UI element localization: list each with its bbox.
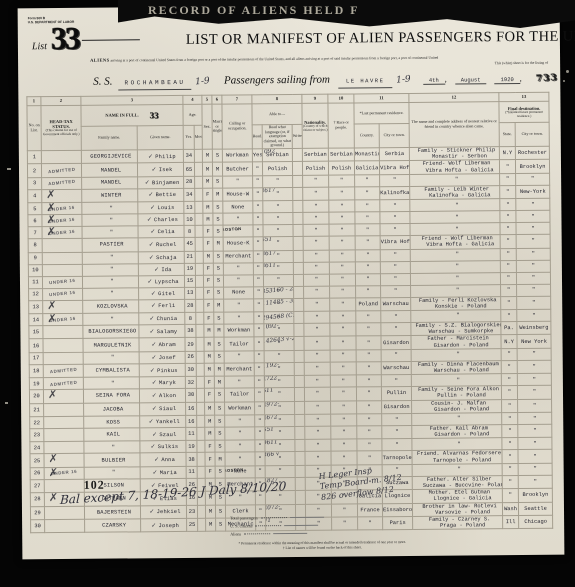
header-yrs: Yrs. [183, 125, 194, 149]
cell-nearest-relative: Family - Ferli KozlovskaKonskie - Poland [411, 296, 501, 310]
cell-headtax-status [42, 252, 82, 264]
cell-read: " [255, 401, 265, 414]
cell-given-name: ✓Ida [138, 263, 184, 275]
relative-line1: " [414, 176, 499, 183]
cell-family-name: " [82, 214, 138, 226]
cell-nearest-relative: Family - S.Z. BialogorskiegoWarschau - S… [411, 322, 501, 336]
cell-write [294, 286, 304, 298]
cell-line-number: 8 [28, 239, 42, 253]
pen-check-mark: ✓ [149, 315, 154, 322]
cell-occupation: Merchant [223, 250, 253, 262]
cell-read: " [253, 176, 263, 188]
cell-language: "√ 0611 [265, 440, 295, 452]
cell-given-name: ✓Szaul [140, 427, 186, 441]
cell-headtax-status: UNDER 16 [43, 288, 83, 300]
cell-read: " [255, 427, 265, 440]
pen-check-mark: ✓ [149, 254, 154, 261]
cell-race: " [329, 250, 355, 262]
cell-residence-country: France [357, 503, 382, 517]
occupation-text: House-W [226, 191, 249, 197]
header-age: Age. [183, 104, 202, 125]
cell-age-years: 16 [186, 402, 197, 416]
cell-write [294, 337, 304, 350]
cell-nationality: " [304, 350, 330, 362]
cell-married-single: S [216, 518, 226, 531]
occupation-text: Workman [226, 153, 249, 159]
cell-age-months [196, 351, 204, 363]
cell-nearest-relative: Cousin- J. MalfanGisardon - Poland [412, 399, 502, 413]
cell-sex: F [205, 453, 215, 466]
pen-x-mark: ✗ [48, 390, 57, 402]
list-underline [82, 39, 140, 41]
cell-family-name: " [83, 352, 139, 364]
cell-nationality: " [303, 236, 329, 250]
cell-nationality: " [305, 414, 331, 426]
cell-residence-country: " [355, 175, 380, 187]
given-name-text: Salamy [157, 329, 178, 335]
relative-line1: " [414, 214, 499, 221]
cell-family-name: BIALOGORSKIEGO [83, 325, 139, 339]
cell-married-single: S [214, 388, 224, 401]
cell-headtax-status: ADMITTED [41, 164, 81, 178]
pen-check-mark: ✓ [147, 216, 152, 223]
cell-nearest-relative: " [411, 374, 501, 387]
cell-write [294, 350, 304, 362]
occupation-text: Workman [228, 328, 251, 334]
occupation-text: Merchant [226, 366, 252, 372]
cell-write [294, 362, 304, 375]
cell-destination-city: " [517, 348, 551, 360]
film-speck [566, 70, 569, 73]
occupation-text: " [238, 418, 241, 424]
cell-write [293, 250, 303, 262]
cell-residence-city: Warschau [381, 361, 411, 375]
cell-line-number: 21 [30, 403, 44, 417]
cell-residence-city: " [382, 413, 412, 425]
language-text: " [277, 240, 280, 246]
pen-check-mark: ✓ [151, 341, 156, 348]
cell-headtax-status: UNDER 16✗ [42, 227, 82, 239]
cell-residence-country: " [355, 224, 380, 236]
cell-married-single: S [212, 149, 222, 162]
cell-race: " [331, 439, 357, 451]
cell-language: "√ 3611 [263, 262, 293, 274]
cell-destination-state: " [502, 450, 518, 464]
header-headtax: HEAD-TAX STATUS. (This column for use of… [41, 105, 81, 150]
relative-line1: " [416, 377, 501, 384]
pen-check-mark: ✓ [152, 469, 157, 476]
relative-line1: " [415, 263, 500, 270]
cell-married-single: S [215, 427, 225, 440]
cell-line-number: 3 [28, 177, 42, 189]
cell-given-name: ✓Maria [140, 466, 186, 478]
cell-headtax-status [45, 519, 85, 533]
cell-residence-country: " [357, 414, 382, 426]
cell-residence-country: Galicia [355, 161, 380, 175]
column-header-row: No. on List. HEAD-TAX STATUS. (This colu… [27, 101, 549, 127]
pen-check-mark: ✓ [150, 367, 155, 374]
cell-nearest-relative: " [412, 438, 502, 451]
cell-destination-state: " [501, 360, 517, 374]
cell-destination-city: " [517, 309, 551, 321]
occupation-text: " [238, 379, 241, 385]
cell-line-number: 30 [31, 520, 45, 534]
cell-destination-state: N.Y [499, 147, 515, 161]
header-read: Read. [252, 125, 262, 149]
cell-nationality: " [303, 250, 329, 262]
cell-destination-city: Chicago [519, 515, 553, 529]
cell-age-months [196, 287, 204, 299]
cell-headtax-status [43, 339, 83, 353]
cell-residence-city: Eissaborog [382, 503, 412, 517]
cell-age-months [197, 441, 205, 453]
cell-married-single: S [215, 505, 225, 518]
cell-married-single: S [214, 312, 224, 324]
cell-destination-state: N.Y [501, 335, 517, 349]
name-column-stamp: 33 [150, 110, 159, 121]
cell-age-months [195, 201, 203, 213]
language-text: " [278, 379, 281, 385]
cell-nationality: " [303, 262, 329, 274]
cell-destination-state: " [500, 235, 516, 249]
cell-line-number: 24 [30, 442, 44, 454]
cell-race: " [329, 236, 355, 250]
comma: , [520, 74, 522, 83]
headtax-stamp: ADMITTED [48, 179, 76, 187]
cell-race: " [331, 504, 357, 518]
cell-read: " [253, 274, 263, 286]
cell-language: "1-3617 [263, 250, 293, 262]
pen-check-mark: ✓ [152, 406, 157, 413]
cell-nearest-relative: " [410, 248, 500, 261]
manifest-table: 1 2 3 4 5 6 7 8 9 10 11 12 13 No. on Lis… [26, 92, 553, 534]
cell-age-years: 10 [184, 214, 195, 226]
cell-destination-city: Brooklyn [515, 160, 549, 174]
cell-write [293, 213, 303, 225]
aliens-label: Aliens [230, 531, 241, 536]
cell-nearest-relative: Family - Dinna FlacenbaumWarschau - Pola… [411, 360, 501, 374]
cell-family-name: " [82, 275, 138, 287]
cell-line-number: 17 [29, 352, 43, 364]
cell-given-name: ✓Louis [138, 202, 184, 214]
cell-residence-country: " [357, 439, 382, 451]
cell-given-name: ✓Chunia [139, 312, 185, 324]
pen-x-mark: ✗ [48, 454, 57, 466]
cell-age-months [197, 453, 205, 466]
cell-write [294, 376, 304, 388]
given-name-text: Sulkis [158, 444, 179, 450]
given-name-text: Anna [161, 457, 175, 463]
relative-line1: " [415, 275, 500, 282]
cell-nationality: " [304, 362, 330, 376]
cell-destination-state: " [502, 489, 518, 503]
given-name-text: Binjamen [152, 180, 180, 186]
list-number: 33 [51, 20, 79, 56]
cell-nearest-relative: Brother in law- RotleviVarsovie - Poland [412, 502, 502, 516]
header-name: NAME IN FULL. 33 [81, 104, 183, 126]
pen-annotation: 4-4672 [265, 415, 278, 423]
pen-check-mark: ✓ [149, 509, 154, 516]
cell-occupation: None [223, 201, 253, 213]
cell-age-years: 23 [186, 505, 197, 519]
cell-residence-country: " [355, 187, 380, 201]
pen-check-mark: ✓ [147, 278, 152, 285]
cell-occupation: NoneBOSTON [225, 466, 255, 478]
cell-write [294, 311, 304, 323]
cell-family-name: PASTIER [82, 238, 138, 252]
cell-residence-country: " [355, 200, 380, 212]
cell-line-number: 20 [29, 390, 43, 404]
cell-residence-country: " [355, 236, 380, 250]
cell-residence-country: " [358, 517, 383, 531]
cell-destination-city: " [517, 296, 551, 310]
language-text: " [276, 178, 279, 184]
cell-given-name: ✓Siaul [140, 402, 186, 416]
cell-residence-country: Poland [356, 297, 381, 311]
cell-destination-state: " [501, 348, 517, 360]
cell-occupation: Butcher [222, 162, 252, 176]
port-name: LE HAVRE [338, 77, 392, 84]
header-fcity: City or town. [515, 122, 549, 146]
cell-age-years: 28 [185, 299, 196, 313]
cell-destination-city: " [517, 373, 551, 385]
cell-married-single: M [214, 363, 224, 376]
header-write: Write. [292, 124, 302, 148]
pen-check-mark: ✓ [150, 204, 155, 211]
subtitle-text: arriving at a port of continental United… [110, 56, 438, 63]
cell-occupation: " [223, 213, 253, 225]
given-name-text: Philip [155, 154, 176, 160]
cell-headtax-status: UNDER 16✗ [42, 215, 82, 227]
date-month: August [455, 76, 487, 84]
cell-line-number: 2 [27, 164, 41, 178]
cell-sex: M [204, 324, 214, 337]
occupation-text: Tailor [229, 341, 248, 347]
cell-nearest-relative: " [412, 413, 502, 426]
cell-language: " [263, 225, 293, 237]
cell-given-name: ✓Yankell [140, 415, 186, 427]
cell-line-number: 15 [29, 326, 43, 340]
cell-given-name: ✓Philip [137, 149, 183, 163]
cell-residence-city: Vibra Hofta [380, 236, 410, 250]
cell-age-years: 15 [184, 275, 195, 287]
cell-language: "5-1092- [264, 323, 294, 337]
cell-age-years: 13 [185, 287, 196, 299]
cell-sex: F [204, 312, 214, 324]
cell-headtax-status [44, 506, 84, 520]
cell-line-number: 16 [29, 339, 43, 353]
cell-nearest-relative: Father. Kail AbramGisardon - Poland [412, 425, 502, 439]
cell-nationality: " [304, 286, 330, 298]
cell-nationality: " [304, 298, 330, 312]
given-name-text: Schaja [156, 255, 177, 261]
cell-family-name: " [82, 202, 138, 214]
cell-age-months [195, 275, 203, 287]
cell-residence-city: " [382, 425, 412, 439]
cell-destination-city: " [518, 450, 552, 464]
cell-read: " [253, 188, 263, 201]
cell-destination-city: New York [517, 335, 551, 349]
cell-destination-state: " [500, 248, 516, 260]
occupation-text: None [232, 289, 245, 295]
cell-language: "5-4722 [264, 376, 294, 388]
given-name-text: Pinkus [157, 368, 178, 374]
given-name-text: Maryk [159, 380, 176, 386]
cell-age-years: 32 [185, 377, 196, 389]
cell-sex: M [204, 363, 214, 376]
cell-age-years: 8 [185, 312, 196, 324]
cell-occupation: " [223, 176, 253, 188]
cell-read: Yes [252, 149, 262, 162]
cell-nearest-relative: " [410, 260, 500, 273]
cell-age-years: 38 [186, 453, 197, 467]
cell-read: " [252, 162, 262, 175]
cell-age-months [198, 518, 206, 531]
cell-headtax-status [43, 325, 83, 339]
cell-family-name: CZARSKY [85, 519, 141, 533]
cell-write [293, 201, 303, 213]
ship-hand-annotation: 1-9 [195, 76, 210, 87]
cell-nearest-relative: " [411, 348, 501, 361]
cell-race: " [329, 187, 355, 201]
col-num-6: 6 [212, 95, 222, 104]
cell-age-years: 8 [184, 226, 195, 238]
cell-read: " [254, 351, 264, 363]
dot-leader [244, 533, 270, 534]
cell-read: " [254, 388, 264, 401]
cell-destination-state: " [502, 399, 518, 413]
cell-married-single: M [214, 324, 224, 337]
cell-residence-country: " [355, 261, 380, 273]
cell-race: " [330, 387, 356, 401]
pen-annotation: √ 611 [264, 388, 273, 396]
relative-line1: " [414, 202, 499, 209]
form-subtitle: ALIENS arriving at a port of continental… [90, 54, 550, 63]
cell-sex: F [203, 263, 213, 275]
cell-married-single: S [214, 287, 224, 299]
cell-age-months [195, 176, 203, 188]
cell-race: " [331, 451, 357, 465]
occupation-text: " [238, 456, 241, 462]
cell-destination-state: " [502, 413, 518, 425]
cell-destination-state: " [500, 199, 516, 211]
cell-age-years: 16 [186, 415, 197, 427]
pen-check-mark: ✓ [150, 444, 155, 451]
pen-check-mark: ✓ [152, 166, 157, 173]
cell-destination-state: " [502, 475, 518, 489]
cell-residence-country: " [357, 400, 382, 414]
cell-nationality: " [305, 452, 331, 466]
cell-nearest-relative: " [410, 173, 500, 186]
cell-family-name: " [84, 441, 140, 453]
pen-annotation: 2-294568 (C.O.23 OS 12/29/38) [264, 311, 294, 322]
cell-age-years: 34 [184, 188, 195, 202]
cell-read: " [254, 312, 264, 324]
cell-headtax-status [43, 352, 83, 364]
pen-check-mark: ✓ [149, 328, 154, 335]
given-name-text: Bettie [156, 192, 177, 198]
given-name-text: Alkon [159, 393, 176, 399]
occupation-text: None [231, 204, 244, 210]
pen-check-mark: ✓ [151, 354, 156, 361]
cell-given-name: ✓Sulkis [140, 441, 186, 453]
cell-language: "√ 651 [263, 237, 293, 251]
relative-line1: " [417, 466, 502, 473]
cell-race: " [329, 274, 355, 286]
cell-occupation: " [225, 452, 255, 466]
cell-occupation: " [224, 298, 254, 312]
cell-write [293, 225, 303, 237]
cell-language: Serbian1-1092 [262, 148, 292, 162]
cell-destination-city: Weinsberg [517, 321, 551, 335]
pen-x-mark: ✗ [49, 467, 58, 479]
cell-nearest-relative: Father - MarcisteinGisardon - Poland [411, 335, 501, 349]
cell-family-name: WINTER [82, 189, 138, 203]
header-able: Able to— [252, 103, 302, 124]
cell-read: " [253, 201, 263, 213]
dot-leader [261, 517, 287, 518]
cell-given-name: ✓Salamy [139, 324, 185, 338]
cell-sex: F [204, 287, 214, 299]
language-text: " [277, 253, 280, 259]
cell-headtax-status: UNDER 16✗ [42, 203, 82, 215]
cell-residence-country: " [356, 285, 381, 297]
relative-line1: " [416, 441, 501, 448]
cell-age-months [197, 415, 205, 427]
cell-destination-city: " [517, 360, 551, 374]
cell-residence-country: " [356, 336, 381, 350]
cell-given-name: ✓Pinkus [139, 363, 185, 377]
cell-family-name: MARGULETNIK [83, 338, 139, 352]
occupation-text: " [238, 443, 241, 449]
cell-occupation: House-K [223, 237, 253, 251]
cell-sex: F [204, 388, 214, 401]
header-race: † Race or people. [328, 103, 354, 148]
pen-check-mark: ✓ [151, 302, 156, 309]
col-num-8: 8 [252, 94, 302, 103]
cell-write [294, 323, 304, 336]
cell-destination-city: " [518, 412, 552, 424]
cell-given-name: ✓Abram [139, 338, 185, 352]
cell-given-name: ✓Gitel [139, 287, 185, 299]
cell-family-name: " [82, 251, 138, 263]
cell-married-single: M [213, 188, 223, 201]
cell-family-name: " [82, 263, 138, 275]
cell-nationality: " [305, 401, 331, 415]
cell-destination-city: " [518, 424, 552, 438]
cell-age-months [195, 188, 203, 201]
header-final: Final destination. (*Intended future per… [499, 101, 549, 122]
cell-given-name: ✓Jehkiel [140, 505, 186, 519]
cell-married-single: S [215, 466, 225, 478]
cell-write [295, 426, 305, 439]
cell-occupation: None [224, 286, 254, 298]
cell-married-single: S [215, 402, 225, 415]
cell-nationality: Polish [303, 162, 329, 176]
cell-race: " [329, 175, 355, 187]
cell-destination-state: " [500, 211, 516, 223]
page-title: LIST OR MANIFEST OF ALIEN PASSENGERS FOR… [186, 28, 575, 49]
cell-destination-state: " [501, 374, 517, 386]
cell-given-name: ✓Alkon [139, 389, 185, 403]
cell-nationality: " [304, 323, 330, 337]
scanned-manifest-page: Form 500 B U.S. DEPARTMENT OF LABOR List… [0, 0, 575, 587]
occupation-text: House-K [227, 241, 250, 247]
cell-sex: F [205, 441, 215, 453]
ship-name: ROCHAMBEAU [118, 79, 191, 87]
col-num-13: 13 [499, 92, 549, 101]
col-num-7: 7 [222, 95, 252, 104]
